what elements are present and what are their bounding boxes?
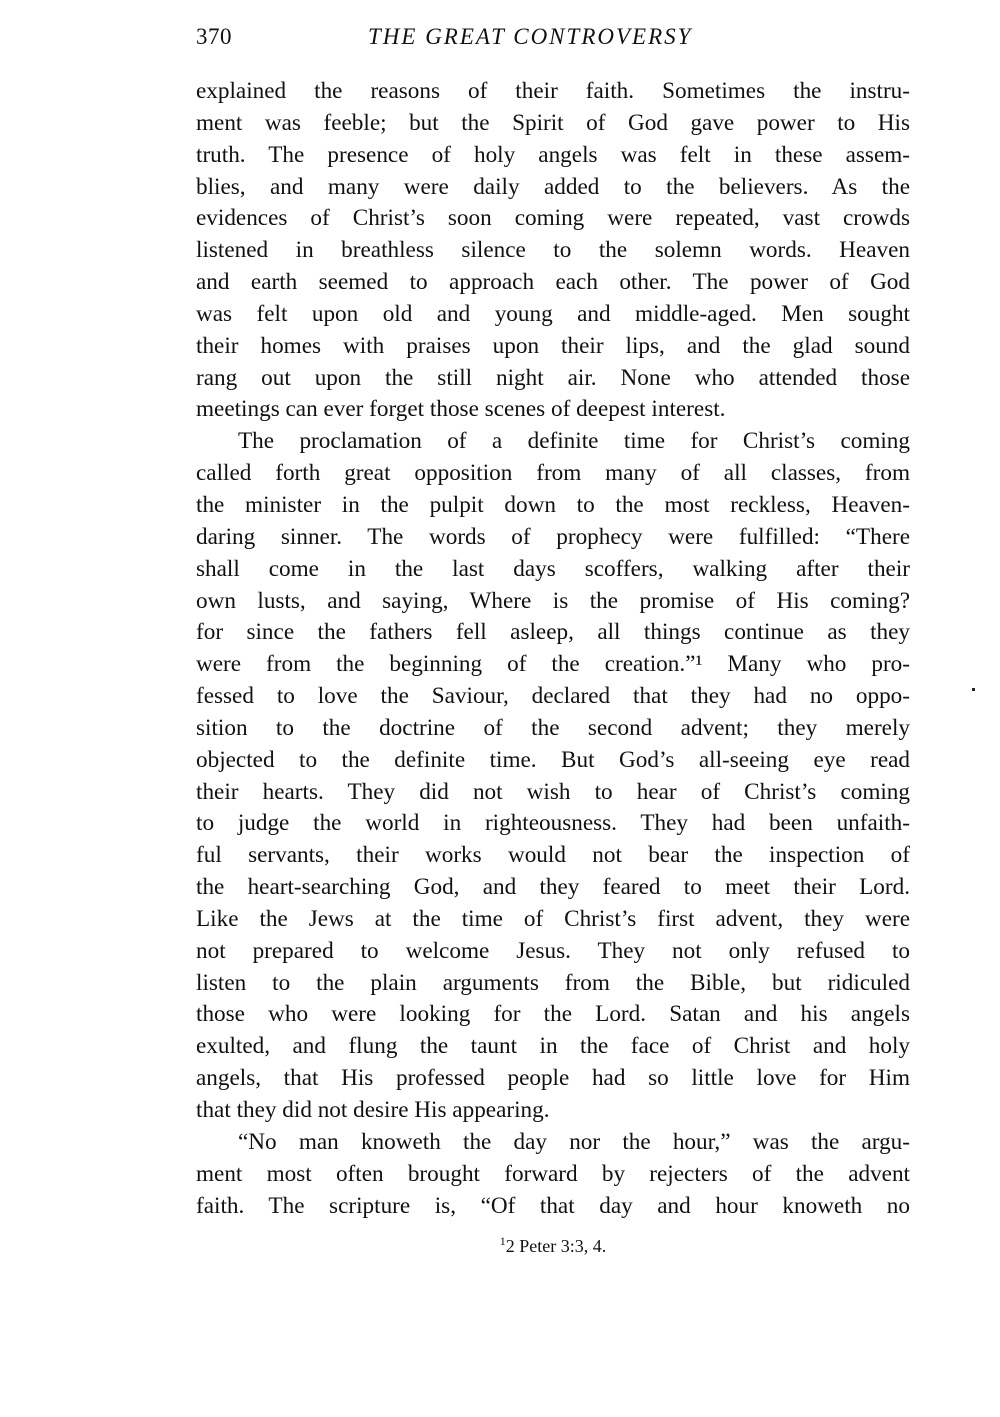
- text-line: own lusts, and saying, Where is the prom…: [196, 586, 910, 618]
- text-line: blies, and many were daily added to the …: [196, 172, 910, 204]
- text-line: was felt upon old and young and middle-a…: [196, 299, 910, 331]
- text-line: The proclamation of a definite time for …: [196, 426, 910, 458]
- text-line: the heart-searching God, and they feared…: [196, 872, 910, 904]
- text-line: meetings can ever forget those scenes of…: [196, 394, 910, 426]
- text-line: shall come in the last days scoffers, wa…: [196, 554, 910, 586]
- text-line: listened in breathless silence to the so…: [196, 235, 910, 267]
- scan-speck: [972, 688, 975, 691]
- text-line: ful servants, their works would not bear…: [196, 840, 910, 872]
- text-line: fessed to love the Saviour, declared tha…: [196, 681, 910, 713]
- text-line: that they did not desire His appearing.: [196, 1095, 910, 1127]
- page-number: 370: [196, 24, 232, 50]
- text-line: exulted, and flung the taunt in the face…: [196, 1031, 910, 1063]
- text-line: “No man knoweth the day nor the hour,” w…: [196, 1127, 910, 1159]
- text-line: Like the Jews at the time of Christ’s fi…: [196, 904, 910, 936]
- footnote: 12 Peter 3:3, 4.: [196, 1234, 910, 1257]
- text-line: their homes with praises upon their lips…: [196, 331, 910, 363]
- text-line: explained the reasons of their faith. So…: [196, 76, 910, 108]
- text-line: truth. The presence of holy angels was f…: [196, 140, 910, 172]
- text-line: those who were looking for the Lord. Sat…: [196, 999, 910, 1031]
- text-line: rang out upon the still night air. None …: [196, 363, 910, 395]
- text-line: angels, that His professed people had so…: [196, 1063, 910, 1095]
- body-text: explained the reasons of their faith. So…: [196, 76, 910, 1222]
- paragraph: The proclamation of a definite time for …: [196, 426, 910, 1127]
- running-head: 370 THE GREAT CONTROVERSY: [196, 24, 910, 54]
- paragraph: explained the reasons of their faith. So…: [196, 76, 910, 426]
- text-line: daring sinner. The words of prophecy wer…: [196, 522, 910, 554]
- text-line: were from the beginning of the creation.…: [196, 649, 910, 681]
- text-line: objected to the definite time. But God’s…: [196, 745, 910, 777]
- text-line: evidences of Christ’s soon coming were r…: [196, 203, 910, 235]
- text-line: sition to the doctrine of the second adv…: [196, 713, 910, 745]
- paragraph: “No man knoweth the day nor the hour,” w…: [196, 1127, 910, 1223]
- text-line: their hearts. They did not wish to hear …: [196, 777, 910, 809]
- text-line: ment was feeble; but the Spirit of God g…: [196, 108, 910, 140]
- text-line: and earth seemed to approach each other.…: [196, 267, 910, 299]
- text-line: for since the fathers fell asleep, all t…: [196, 617, 910, 649]
- footnote-text: 2 Peter 3:3, 4.: [506, 1236, 607, 1256]
- text-line: called forth great opposition from many …: [196, 458, 910, 490]
- text-line: the minister in the pulpit down to the m…: [196, 490, 910, 522]
- book-title: THE GREAT CONTROVERSY: [368, 24, 692, 50]
- text-line: ment most often brought forward by rejec…: [196, 1159, 910, 1191]
- text-line: not prepared to welcome Jesus. They not …: [196, 936, 910, 968]
- text-line: faith. The scripture is, “Of that day an…: [196, 1191, 910, 1223]
- text-line: listen to the plain arguments from the B…: [196, 968, 910, 1000]
- text-line: to judge the world in righteousness. The…: [196, 808, 910, 840]
